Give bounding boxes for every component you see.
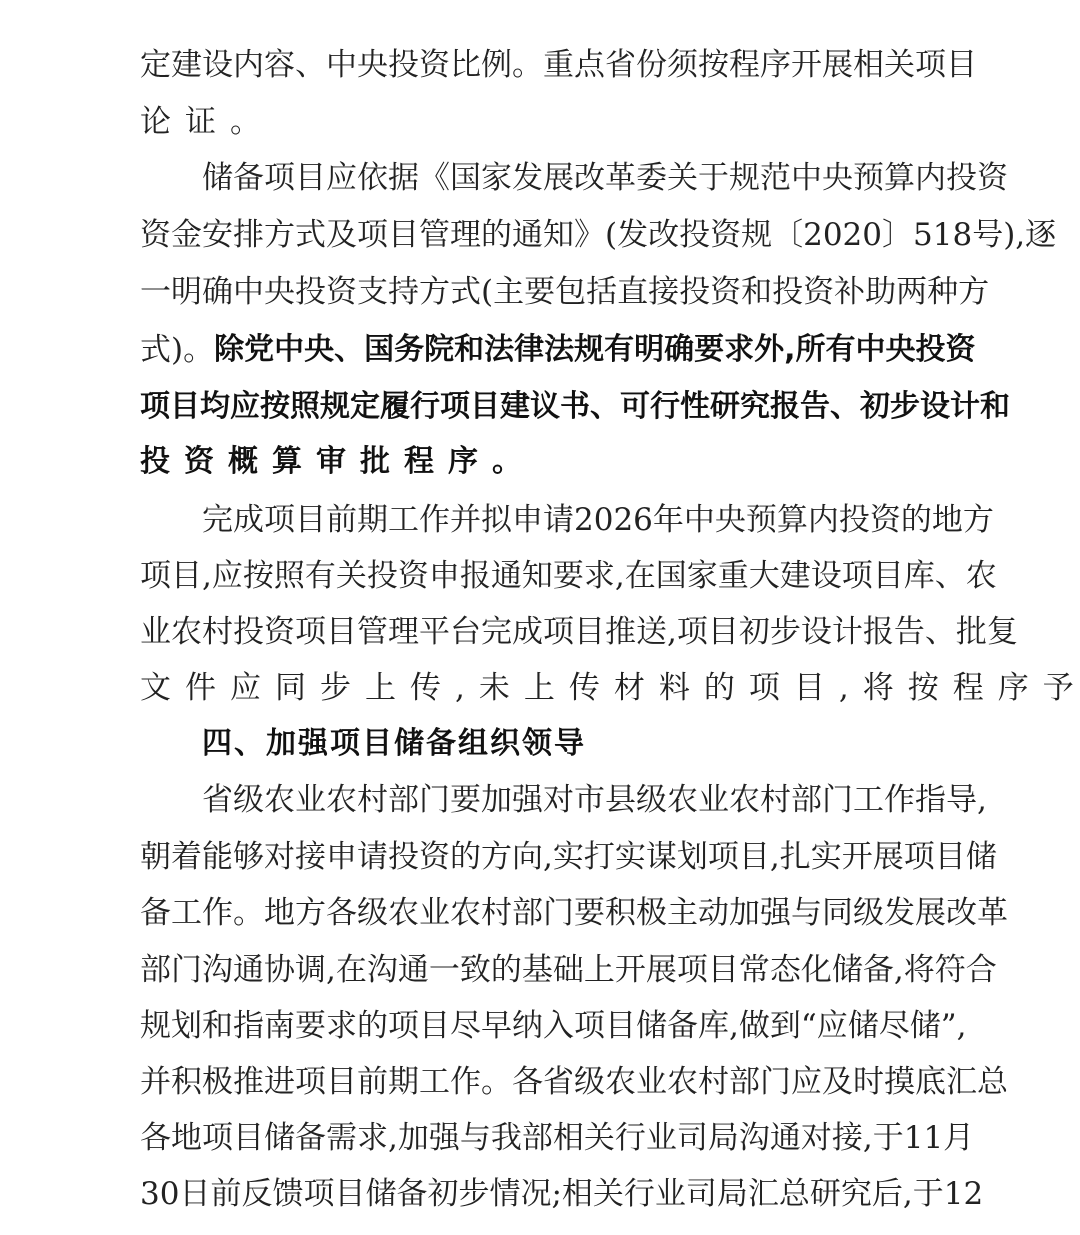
text-line: 备工作。地方各级农业农村部门要积极主动加强与同级发展改革 <box>140 893 940 933</box>
text-line: 并积极推进项目前期工作。各省级农业农村部门应及时摸底汇总 <box>140 1062 940 1102</box>
text-line: 各地项目储备需求,加强与我部相关行业司局沟通对接,于11月 <box>140 1118 940 1158</box>
text-line: 朝着能够对接申请投资的方向,实打实谋划项目,扎实开展项目储 <box>140 837 940 877</box>
text-line: 部门沟通协调,在沟通一致的基础上开展项目常态化储备,将符合 <box>140 950 940 990</box>
text-line: 省级农业农村部门要加强对市县级农业农村部门工作指导, <box>202 780 940 820</box>
section-heading: 四、加强项目储备组织领导 <box>202 724 940 764</box>
text-line: 规划和指南要求的项目尽早纳入项目储备库,做到“应储尽储”, <box>140 1006 940 1046</box>
text-line: 文件应同步上传,未上传材料的项目,将按程序予以退回。 <box>140 668 940 708</box>
text-line: 式)。除党中央、国务院和法律法规有明确要求外,所有中央投资 <box>140 330 940 370</box>
text-line: 业农村投资项目管理平台完成项目推送,项目初步设计报告、批复 <box>140 612 940 652</box>
text-line: 定建设内容、中央投资比例。重点省份须按程序开展相关项目 <box>140 45 940 85</box>
text-line: 30日前反馈项目储备初步情况;相关行业司局汇总研究后,于12 <box>140 1174 940 1214</box>
text-line: 论证。 <box>140 102 940 142</box>
text-line: 资金安排方式及项目管理的通知》(发改投资规〔2020〕518号),逐 <box>140 215 940 255</box>
document-page: 定建设内容、中央投资比例。重点省份须按程序开展相关项目论证。储备项目应依据《国家… <box>0 0 1080 1235</box>
text-line: 项目均应按照规定履行项目建议书、可行性研究报告、初步设计和 <box>140 387 940 427</box>
text-line: 完成项目前期工作并拟申请2026年中央预算内投资的地方 <box>202 500 940 540</box>
text-line: 一明确中央投资支持方式(主要包括直接投资和投资补助两种方 <box>140 272 940 312</box>
text-line: 储备项目应依据《国家发展改革委关于规范中央预算内投资 <box>202 158 940 198</box>
text-line: 投资概算审批程序。 <box>140 442 940 482</box>
text-line: 项目,应按照有关投资申报通知要求,在国家重大建设项目库、农 <box>140 556 940 596</box>
